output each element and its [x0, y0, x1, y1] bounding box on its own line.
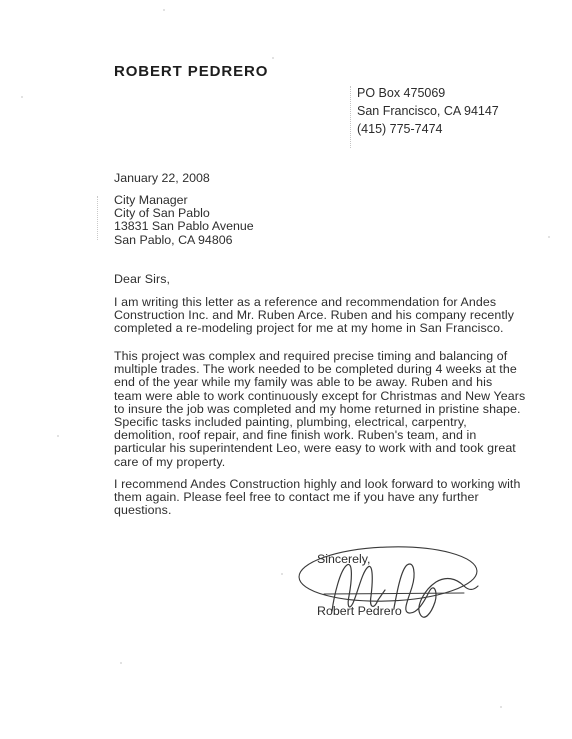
scan-speckle [163, 9, 165, 11]
scan-speckle [120, 662, 122, 664]
scan-artifact-line [97, 196, 98, 240]
scan-speckle [57, 435, 59, 437]
recipient-address-block: City Manager City of San Pablo 13831 San… [114, 194, 254, 247]
letter-date: January 22, 2008 [114, 171, 210, 185]
signature-flourish-ellipse [298, 544, 478, 604]
scan-speckle [500, 706, 502, 708]
paragraph-2: This project was complex and required pr… [114, 350, 559, 469]
paragraph-3: I recommend Andes Construction highly an… [114, 478, 559, 518]
sender-po-box: PO Box 475069 [357, 84, 499, 102]
scan-speckle [272, 57, 274, 59]
scan-speckle [21, 96, 23, 98]
scan-speckle [548, 236, 550, 238]
sender-name: ROBERT PEDRERO [114, 63, 268, 80]
paragraph-1: I am writing this letter as a reference … [114, 296, 559, 336]
scan-artifact-line [350, 86, 351, 148]
signed-name: Robert Pedrero [317, 604, 402, 618]
salutation: Dear Sirs, [114, 273, 559, 286]
sender-contact-block: PO Box 475069 San Francisco, CA 94147 (4… [357, 84, 499, 138]
sender-city-state: San Francisco, CA 94147 [357, 102, 499, 120]
recipient-city: San Pablo, CA 94806 [114, 234, 254, 247]
signature-scribble-last [394, 564, 478, 617]
sender-phone: (415) 775-7474 [357, 120, 499, 138]
letter-page: ROBERT PEDRERO PO Box 475069 San Francis… [0, 0, 572, 739]
recipient-street: 13831 San Pablo Avenue [114, 220, 254, 233]
scan-speckle [281, 573, 283, 575]
signature-graphic [288, 540, 488, 640]
